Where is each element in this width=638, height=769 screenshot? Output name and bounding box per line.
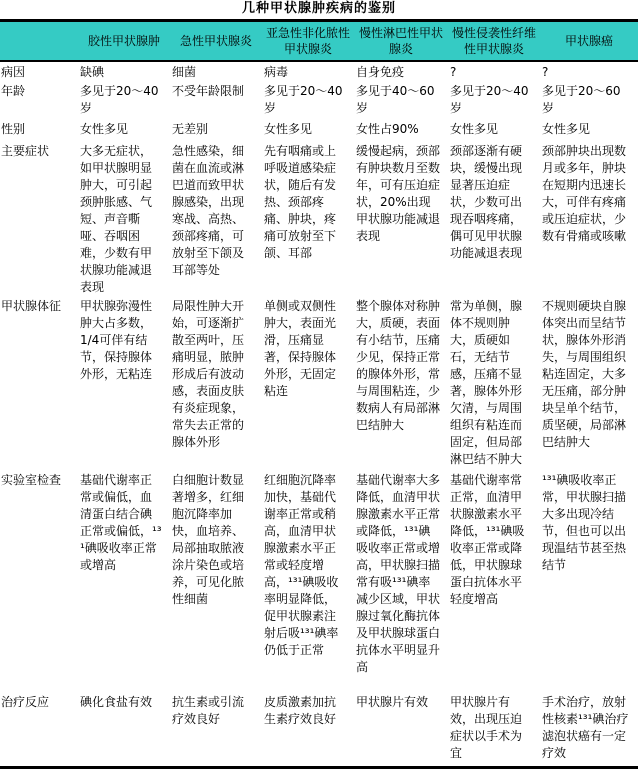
table-cell: ? [540, 61, 638, 81]
table-cell: 红细胞沉降率加快，基础代谢率正常或稍高，血清甲状腺激素水平正常或轻度增高，¹³¹… [262, 470, 354, 692]
table-cell: 女性多见 [262, 119, 354, 141]
table-cell: 多见于20～60岁 [540, 81, 638, 119]
table-cell: 缺碘 [78, 61, 170, 81]
table-row: 主要症状大多无症状，如甲状腺明显肿大，可引起颈肿胀感、气短、声音嘶哑、吞咽困难，… [0, 141, 638, 296]
table-cell: 整个腺体对称肿大，质硬，表面有小结节，压痛少见，保持正常的腺体外形，常与周围粘连… [354, 296, 448, 470]
table-cell: 常为单侧，腺体不规则肿大，质硬如石，无结节感，压痛不显著，腺体外形欠清，与周围组… [448, 296, 540, 470]
table-cell: 单侧或双侧性肿大，表面光滑，压痛显著，保持腺体外形，无固定粘连 [262, 296, 354, 470]
row-label: 甲状腺体征 [0, 296, 78, 470]
table-cell: 多见于20～40岁 [262, 81, 354, 119]
table-cell: 局限性肿大开始，可逐渐扩散至两叶，压痛明显，脓肿形成后有波动感，表面皮肤有炎症现… [170, 296, 262, 470]
row-label: 病因 [0, 61, 78, 81]
table-cell: 多见于40～60岁 [354, 81, 448, 119]
column-header: 急性甲状腺炎 [170, 21, 262, 61]
table-cell: ¹³¹碘吸收率正常，甲状腺扫描大多出现冷结节，但也可以出现温结节甚至热结节 [540, 470, 638, 692]
table-cell: 不受年龄限制 [170, 81, 262, 119]
table-cell: 不规则硬块自腺体突出而呈结节状，腺体外形消失，与周围组织粘连固定，大多无压痛，部… [540, 296, 638, 470]
table-cell: 细菌 [170, 61, 262, 81]
table-cell: ? [448, 61, 540, 81]
table-cell: 先有咽痛或上呼吸道感染症状，随后有发热、颈部疼痛、肿块，疼痛可放射至下颌、耳部 [262, 141, 354, 296]
table-cell: 女性多见 [78, 119, 170, 141]
table-cell: 病毒 [262, 61, 354, 81]
column-header: 甲状腺癌 [540, 21, 638, 61]
table-cell: 自身免疫 [354, 61, 448, 81]
table-row: 治疗反应碘化食盐有效抗生素或引流疗效良好皮质激素加抗生素疗效良好甲状腺片有效甲状… [0, 692, 638, 768]
table-cell: 皮质激素加抗生素疗效良好 [262, 692, 354, 768]
row-label: 主要症状 [0, 141, 78, 296]
table-cell: 颈部肿块出现数月或多年，肿块在短期内迅速长大，可伴有疼痛或压迫症状，少数有骨痛或… [540, 141, 638, 296]
table-cell: 急性感染，细菌在血流或淋巴道而致甲状腺感染，出现寒战、高热、颈部疼痛，可放射至下… [170, 141, 262, 296]
table-cell: 抗生素或引流疗效良好 [170, 692, 262, 768]
table-row: 甲状腺体征甲状腺弥漫性肿大占多数，1/4可伴有结节，保持腺体外形，无粘连局限性肿… [0, 296, 638, 470]
table-cell: 多见于20～40岁 [78, 81, 170, 119]
column-header: 亚急性非化脓性甲状腺炎 [262, 21, 354, 61]
table-cell: 女性多见 [540, 119, 638, 141]
comparison-table: 胶性甲状腺肿急性甲状腺炎亚急性非化脓性甲状腺炎慢性淋巴性甲状腺炎慢性侵袭性纤维性… [0, 19, 638, 769]
table-cell: 大多无症状，如甲状腺明显肿大，可引起颈肿胀感、气短、声音嘶哑、吞咽困难，少数有甲… [78, 141, 170, 296]
table-cell: 白细胞计数显著增多，红细胞沉降率加快，血培养、局部抽取脓液涂片染色或培养，可见化… [170, 470, 262, 692]
row-label: 实验室检查 [0, 470, 78, 692]
table-cell: 基础代谢率大多降低，血清甲状腺激素水平正常或降低，¹³¹碘吸收率正常或增高，甲状… [354, 470, 448, 692]
row-label: 年龄 [0, 81, 78, 119]
table-cell: 缓慢起病，颈部有肿块数月至数年，可有压迫症状，20%出现甲状腺功能减退表现 [354, 141, 448, 296]
column-header: 慢性淋巴性甲状腺炎 [354, 21, 448, 61]
table-row: 性别女性多见无差别女性多见女性占90%女性多见女性多见 [0, 119, 638, 141]
header-row: 胶性甲状腺肿急性甲状腺炎亚急性非化脓性甲状腺炎慢性淋巴性甲状腺炎慢性侵袭性纤维性… [0, 21, 638, 61]
table-cell: 甲状腺弥漫性肿大占多数，1/4可伴有结节，保持腺体外形，无粘连 [78, 296, 170, 470]
column-header: 慢性侵袭性纤维性甲状腺炎 [448, 21, 540, 61]
table-cell: 甲状腺片有效，出现压迫症状以手术为宜 [448, 692, 540, 768]
table-cell: 甲状腺片有效 [354, 692, 448, 768]
column-header: 胶性甲状腺肿 [78, 21, 170, 61]
table-row: 病因缺碘细菌病毒自身免疫?? [0, 61, 638, 81]
document-page: 几种甲状腺肿疾病的鉴别 胶性甲状腺肿急性甲状腺炎亚急性非化脓性甲状腺炎慢性淋巴性… [0, 0, 638, 769]
header-corner-cell [0, 21, 78, 61]
table-header-row: 胶性甲状腺肿急性甲状腺炎亚急性非化脓性甲状腺炎慢性淋巴性甲状腺炎慢性侵袭性纤维性… [0, 21, 638, 61]
table-cell: 碘化食盐有效 [78, 692, 170, 768]
table-row: 年龄多见于20～40岁不受年龄限制多见于20～40岁多见于40～60岁多见于20… [0, 81, 638, 119]
page-title: 几种甲状腺肿疾病的鉴别 [0, 0, 638, 19]
table-cell: 颈部逐渐有硬块，缓慢出现显著压迫症状，少数可出现吞咽疼痛，偶可见甲状腺功能减退表… [448, 141, 540, 296]
table-cell: 基础代谢率常正常，血清甲状腺激素水平降低，¹³¹碘吸收率正常或降低，甲状腺球蛋白… [448, 470, 540, 692]
table-cell: 女性占90% [354, 119, 448, 141]
row-label: 治疗反应 [0, 692, 78, 768]
table-cell: 多见于20～40岁 [448, 81, 540, 119]
table-cell: 基础代谢率正常或偏低，血清蛋白结合碘正常或偏低，¹³¹碘吸收率正常或增高 [78, 470, 170, 692]
table-body: 病因缺碘细菌病毒自身免疫??年龄多见于20～40岁不受年龄限制多见于20～40岁… [0, 61, 638, 768]
table-cell: 无差别 [170, 119, 262, 141]
table-row: 实验室检查基础代谢率正常或偏低，血清蛋白结合碘正常或偏低，¹³¹碘吸收率正常或增… [0, 470, 638, 692]
table-cell: 手术治疗，放射性核素¹³¹碘治疗滤泡状癌有一定疗效 [540, 692, 638, 768]
table-cell: 女性多见 [448, 119, 540, 141]
row-label: 性别 [0, 119, 78, 141]
